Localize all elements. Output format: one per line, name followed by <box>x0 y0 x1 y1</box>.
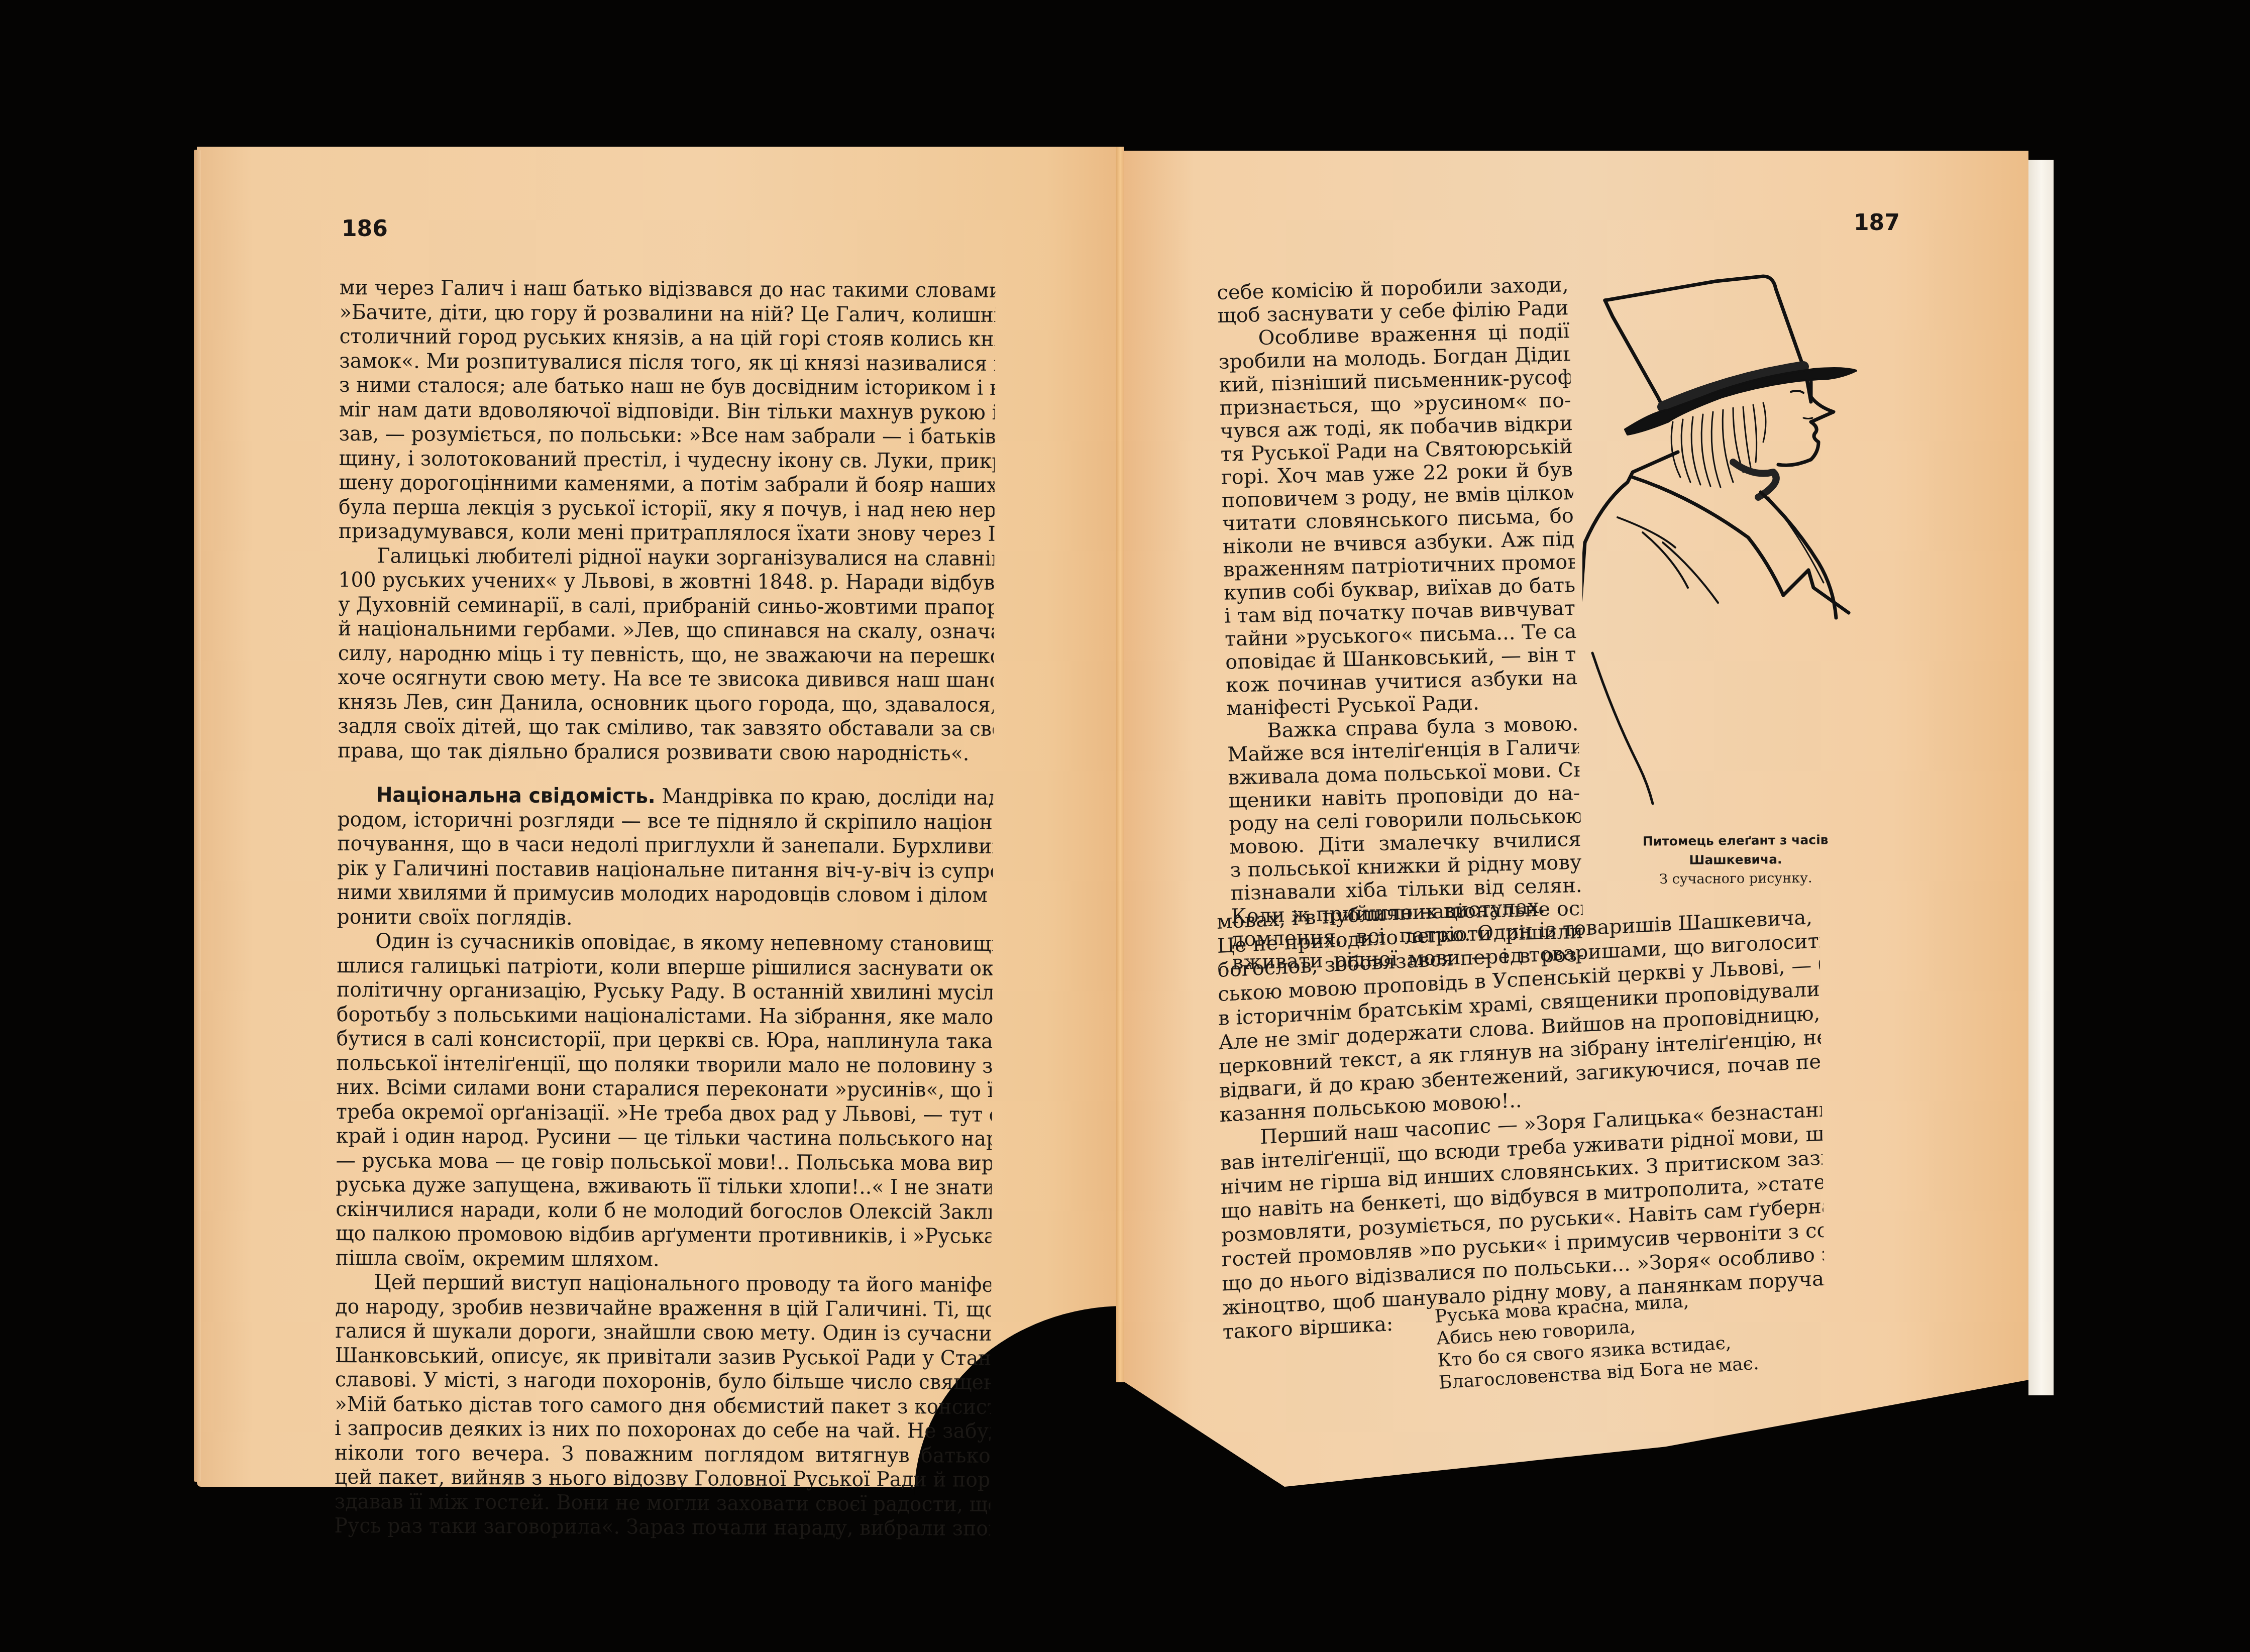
cover-edge <box>2028 160 2054 1395</box>
line-text: славові. У місті, з нагоди похоронів, бу… <box>335 1367 991 1394</box>
text-line: у Духовній семинарії, в салі, прибраній … <box>338 592 994 619</box>
line-text: ними хвилями й примусив молодих народовц… <box>337 880 993 907</box>
line-text: Шанковський, описує, як привітали зазив … <box>335 1343 991 1370</box>
text-line: польської інтеліґенції, що поляки творил… <box>336 1050 992 1077</box>
text-line: задля своїх дітей, що так сміливо, так з… <box>338 714 994 741</box>
text-line: цей пакет, вийняв з нього відозву Головн… <box>335 1465 991 1492</box>
text-line: щину, і золотокований престіл, і чудесну… <box>339 446 995 473</box>
line-text: — руська мова — це говір польської мови!… <box>336 1148 992 1175</box>
text-line: Один із сучасників оповідає, в якому неп… <box>337 929 993 956</box>
text-line: політичну организацію, Руську Раду. В ос… <box>337 977 993 1005</box>
line-text: Русь раз таки заговорила«. Зараз почали … <box>334 1513 990 1540</box>
paragraph-gap <box>338 762 994 786</box>
text-line: призадумувався, коли мені притраплялося … <box>339 519 995 546</box>
text-line: боротьбу з польськими націоналістами. На… <box>337 1002 993 1029</box>
line-text: Цей перший виступ національного проводу … <box>374 1270 991 1297</box>
text-line: Галицькі любителі рідної науки зорганізу… <box>339 543 995 570</box>
page-number-right: 187 <box>1854 210 1900 236</box>
line-text: задля своїх дітей, що так сміливо, так з… <box>338 714 994 741</box>
text-line: ними хвилями й примусив молодих народовц… <box>337 880 993 907</box>
line-text: ронити своїх поглядів. <box>337 904 573 929</box>
text-line: Цей перший виступ національного проводу … <box>336 1270 992 1297</box>
line-text: Мандрівка по краю, досліди над на- <box>656 784 994 810</box>
line-text: галися й шукали дороги, знайшли свою мет… <box>335 1318 991 1346</box>
line-text: й національними гербами. »Лев, що спинав… <box>338 616 994 643</box>
line-text: край і один народ. Русини — це тільки ча… <box>336 1124 992 1151</box>
text-line: замок«. Ми розпитувалися після того, як … <box>339 348 995 375</box>
text-line: 100 руських учених« у Львові, в жовтні 1… <box>338 568 994 595</box>
line-text: ми через Галич і наш батько відізвався д… <box>340 275 996 302</box>
text-line: »Бачите, діти, цю гору й розвалини на ні… <box>340 299 996 326</box>
line-text: польської інтеліґенції, що поляки творил… <box>336 1050 992 1077</box>
line-text: них. Всіми силами вони старалися перекон… <box>336 1075 992 1102</box>
line-text: і запросив деяких із них по похоронах до… <box>335 1416 991 1443</box>
text-line: здавав її між гостей. Вони не могли захо… <box>335 1489 991 1516</box>
text-line: ніколи того вечера. З поважним поглядом … <box>335 1440 991 1467</box>
line-text: Галицькі любителі рідної науки зорганізу… <box>377 543 994 571</box>
text-line: бутися в салі консисторії, при церкві св… <box>337 1026 993 1053</box>
text-line: й національними гербами. »Лев, що спинав… <box>338 616 994 643</box>
text-line: хоче осягнути свою мету. На все те звисо… <box>338 665 994 692</box>
line-text: рік у Галичині поставив національне пита… <box>337 855 993 883</box>
line-text: 100 руських учених« у Львові, в жовтні 1… <box>338 568 994 595</box>
line-text: до народу, зробив незвичайне враження в … <box>335 1294 991 1321</box>
text-line: що палкою промовою відбив арґументи прот… <box>336 1221 992 1248</box>
text-line: край і один народ. Русини — це тільки ча… <box>336 1124 992 1151</box>
line-text: боротьбу з польськими націоналістами. На… <box>337 1002 993 1029</box>
line-text: бутися в салі консисторії, при церкві св… <box>337 1026 993 1053</box>
text-line: »Мій батько дістав того самого дня обєми… <box>335 1391 991 1418</box>
text-line: ми через Галич і наш батько відізвався д… <box>340 275 996 302</box>
line-text: шлися галицькі патріоти, коли вперше ріш… <box>337 953 993 980</box>
text-line: до народу, зробив незвичайне враження в … <box>335 1294 991 1321</box>
caption-title: Питомець елеґант з часів Шашкевича. <box>1595 830 1877 871</box>
right-page-wide-column: мовах, і в публичних виступах.Це не прих… <box>1217 880 1825 1344</box>
line-text: політичну организацію, Руську Раду. В ос… <box>337 977 993 1005</box>
text-line: пішла своїм, окремим шляхом. <box>336 1245 992 1272</box>
line-text: у Духовній семинарії, в салі, прибраній … <box>338 592 994 619</box>
line-text: права, що так діяльно бралися розвивати … <box>338 738 969 765</box>
top-hat-gentleman-illustration <box>1582 261 1934 814</box>
line-text: шену дорогоцінними каменями, а потім заб… <box>339 470 995 497</box>
line-text: силу, народню міць і ту певність, що, не… <box>338 640 994 668</box>
text-line: була перша лекція з руської історії, яку… <box>339 494 995 521</box>
page-edge-strip <box>194 150 201 1482</box>
text-line: родом, історичні розгляди — все те підня… <box>337 807 993 834</box>
line-text: родом, історичні розгляди — все те підня… <box>337 807 993 834</box>
line-text: хоче осягнути свою мету. На все те звисо… <box>338 665 994 692</box>
page-number-left: 186 <box>342 216 388 242</box>
text-line: треба окремої орґанізації. »Не треба дво… <box>336 1099 992 1126</box>
text-line: силу, народню міць і ту певність, що, не… <box>338 640 994 668</box>
text-line: права, що так діяльно бралися розвивати … <box>338 738 994 765</box>
text-line: зав, — розуміється, по польськи: »Все на… <box>339 421 995 449</box>
line-text: міг нам дати вдоволяючої відповіди. Він … <box>339 397 995 424</box>
text-line: галися й шукали дороги, знайшли свою мет… <box>335 1318 991 1346</box>
line-text: »Бачите, діти, цю гору й розвалини на ні… <box>340 299 996 326</box>
line-text: треба окремої орґанізації. »Не треба дво… <box>336 1099 992 1126</box>
text-line: рік у Галичині поставив національне пита… <box>337 855 993 883</box>
line-text: столичний город руських князів, а на цій… <box>339 324 995 351</box>
text-line: міг нам дати вдоволяючої відповіди. Він … <box>339 397 995 424</box>
text-line: них. Всіми силами вони старалися перекон… <box>336 1075 992 1102</box>
line-text: була перша лекція з руської історії, яку… <box>339 494 995 521</box>
line-text: що палкою промовою відбив арґументи прот… <box>336 1221 992 1248</box>
text-line: скінчилися наради, коли б не молодий бог… <box>336 1196 992 1224</box>
line-text: Один із сучасників оповідає, в якому неп… <box>375 929 993 956</box>
line-text: »Мій батько дістав того самого дня обєми… <box>335 1391 991 1418</box>
book-gutter <box>1116 147 1124 1382</box>
text-line: — руська мова — це говір польської мови!… <box>336 1148 992 1175</box>
text-line: ронити своїх поглядів. <box>337 904 993 931</box>
line-text: пішла своїм, окремим шляхом. <box>336 1245 660 1271</box>
text-line: з ними сталося; але батько наш не був до… <box>339 373 995 400</box>
line-text: почування, що в часи недолі приглухли й … <box>337 831 993 858</box>
text-line: славові. У місті, з нагоди похоронів, бу… <box>335 1367 991 1394</box>
line-text: князь Лев, син Данила, основник цього го… <box>338 689 994 716</box>
text-line: почування, що в часи недолі приглухли й … <box>337 831 993 858</box>
line-text: щину, і золотокований престіл, і чудесну… <box>339 446 995 473</box>
line-text: цей пакет, вийняв з нього відозву Головн… <box>335 1465 991 1492</box>
line-text: ніколи того вечера. З поважним поглядом … <box>335 1440 991 1467</box>
text-line: князь Лев, син Данила, основник цього го… <box>338 689 994 716</box>
text-line: Шанковський, описує, як привітали зазив … <box>335 1343 991 1370</box>
text-line: столичний город руських князів, а на цій… <box>339 324 995 351</box>
text-line: руська дуже запущена, вживають її тільки… <box>336 1172 992 1199</box>
text-line: шлися галицькі патріоти, коли вперше ріш… <box>337 953 993 980</box>
text-line: Національна свідомість. Мандрівка по кра… <box>338 783 994 810</box>
line-text: призадумувався, коли мені притраплялося … <box>339 519 995 546</box>
line-text: руська дуже запущена, вживають її тільки… <box>336 1172 992 1199</box>
text-line: шену дорогоцінними каменями, а потім заб… <box>339 470 995 497</box>
line-text: скінчилися наради, коли б не молодий бог… <box>336 1196 992 1224</box>
text-line: Русь раз таки заговорила«. Зараз почали … <box>334 1513 990 1540</box>
caption-source: З сучасного рисунку. <box>1595 868 1876 890</box>
right-page-narrow-column: себе комісію й поробили заходи,щоб засну… <box>1217 273 1584 974</box>
line-text: замок«. Ми розпитувалися після того, як … <box>339 348 995 375</box>
line-text: зав, — розуміється, по польськи: »Все на… <box>339 421 995 449</box>
illustration-caption: Питомець елеґант з часів Шашкевича. З су… <box>1595 830 1877 890</box>
text-line: і запросив деяких із них по похоронах до… <box>335 1416 991 1443</box>
line-text: здавав її між гостей. Вони не могли захо… <box>335 1489 991 1516</box>
left-page-body-text: ми через Галич і наш батько відізвався д… <box>334 275 995 1540</box>
line-text: з ними сталося; але батько наш не був до… <box>339 373 995 400</box>
section-heading: Національна свідомість. <box>376 783 656 808</box>
